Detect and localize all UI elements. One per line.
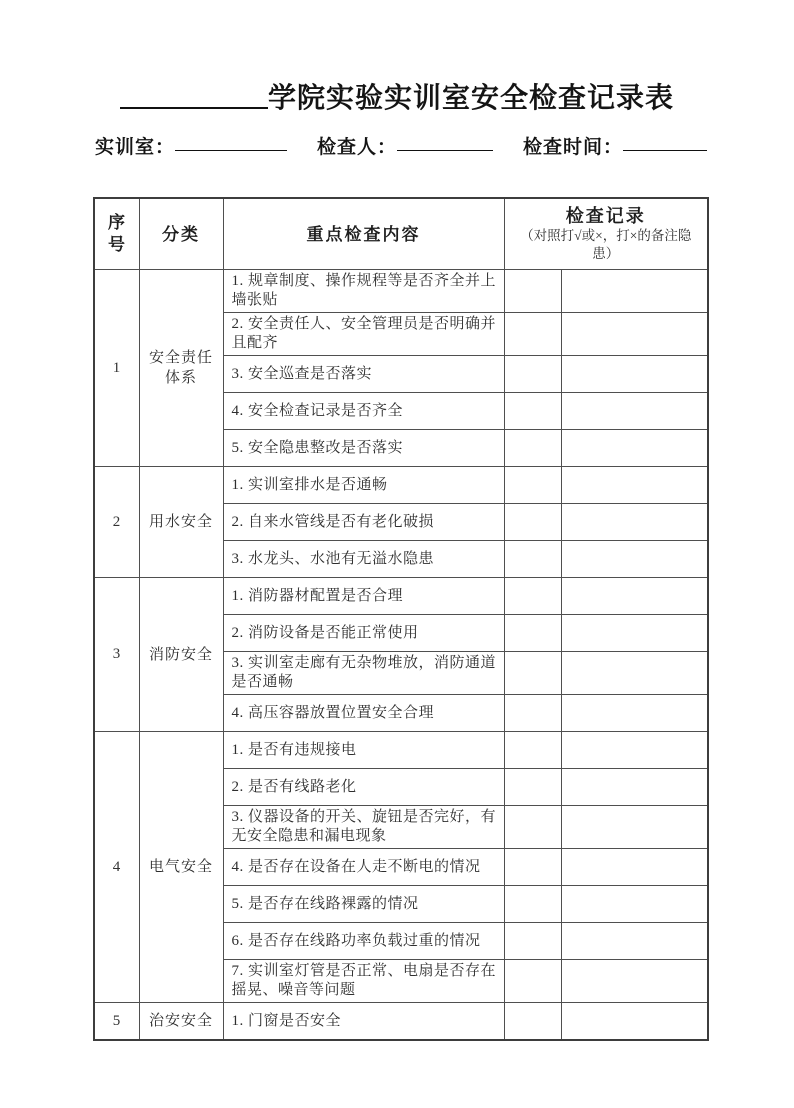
hazard-note-cell (561, 430, 708, 467)
hazard-note-cell (561, 732, 708, 769)
table-row: 2用水安全1. 实训室排水是否通畅 (94, 467, 708, 504)
table-header-row: 序号 分类 重点检查内容 检查记录 （对照打√或×，打×的备注隐患） (94, 198, 708, 270)
inspection-item-text: 1. 规章制度、操作规程等是否齐全并上墙张贴 (223, 270, 504, 313)
hazard-note-cell (561, 849, 708, 886)
section-number: 3 (94, 578, 139, 732)
document-page: 学院实验实训室安全检查记录表 实训室： 检查人： 检查时间： 序号 分类 重点检… (0, 0, 794, 1108)
hazard-note-cell (561, 313, 708, 356)
inspection-item-text: 3. 实训室走廊有无杂物堆放，消防通道是否通畅 (223, 652, 504, 695)
check-mark-cell (504, 1003, 561, 1041)
check-mark-cell (504, 886, 561, 923)
inspection-item-text: 2. 安全责任人、安全管理员是否明确并且配齐 (223, 313, 504, 356)
hazard-note-cell (561, 652, 708, 695)
check-mark-cell (504, 615, 561, 652)
header-category: 分类 (139, 198, 223, 270)
inspection-item-text: 4. 高压容器放置位置安全合理 (223, 695, 504, 732)
inspection-item-text: 4. 安全检查记录是否齐全 (223, 393, 504, 430)
check-mark-cell (504, 806, 561, 849)
check-mark-cell (504, 732, 561, 769)
header-record-subtitle: （对照打√或×，打×的备注隐患） (511, 227, 702, 263)
section-number: 5 (94, 1003, 139, 1041)
hazard-note-cell (561, 769, 708, 806)
inspection-item-text: 3. 安全巡查是否落实 (223, 356, 504, 393)
hazard-note-cell (561, 356, 708, 393)
field-inspector-blank-line (397, 149, 493, 151)
section-number: 2 (94, 467, 139, 578)
hazard-note-cell (561, 578, 708, 615)
section-number: 1 (94, 270, 139, 467)
header-record-title: 检查记录 (511, 205, 702, 227)
inspection-item-text: 4. 是否存在设备在人走不断电的情况 (223, 849, 504, 886)
section-category: 治安安全 (139, 1003, 223, 1041)
hazard-note-cell (561, 615, 708, 652)
section-category: 用水安全 (139, 467, 223, 578)
inspection-item-text: 2. 消防设备是否能正常使用 (223, 615, 504, 652)
hazard-note-cell (561, 960, 708, 1003)
inspection-item-text: 6. 是否存在线路功率负载过重的情况 (223, 923, 504, 960)
header-seq-number: 序号 (94, 198, 139, 270)
check-mark-cell (504, 541, 561, 578)
field-room-blank-line (175, 149, 287, 151)
table-row: 3消防安全1. 消防器材配置是否合理 (94, 578, 708, 615)
inspection-item-text: 1. 实训室排水是否通畅 (223, 467, 504, 504)
section-number: 4 (94, 732, 139, 1003)
inspection-item-text: 2. 是否有线路老化 (223, 769, 504, 806)
field-date-blank-line (623, 149, 707, 151)
page-title: 学院实验实训室安全检查记录表 (268, 83, 674, 114)
check-mark-cell (504, 960, 561, 1003)
check-mark-cell (504, 849, 561, 886)
inspection-table: 序号 分类 重点检查内容 检查记录 （对照打√或×，打×的备注隐患） 1安全责任… (93, 197, 709, 1041)
title-row: 学院实验实训室安全检查记录表 (0, 76, 794, 116)
table-row: 1安全责任体系1. 规章制度、操作规程等是否齐全并上墙张贴 (94, 270, 708, 313)
check-mark-cell (504, 467, 561, 504)
field-inspector-label: 检查人： (317, 137, 397, 158)
field-date: 检查时间： (523, 132, 707, 159)
field-date-label: 检查时间： (523, 137, 623, 158)
hazard-note-cell (561, 886, 708, 923)
hazard-note-cell (561, 806, 708, 849)
check-mark-cell (504, 652, 561, 695)
check-mark-cell (504, 695, 561, 732)
inspection-item-text: 3. 水龙头、水池有无溢水隐患 (223, 541, 504, 578)
inspection-item-text: 1. 是否有违规接电 (223, 732, 504, 769)
title-blank-line (120, 106, 268, 109)
check-mark-cell (504, 313, 561, 356)
check-mark-cell (504, 393, 561, 430)
hazard-note-cell (561, 923, 708, 960)
hazard-note-cell (561, 393, 708, 430)
form-fields-row: 实训室： 检查人： 检查时间： (0, 132, 794, 159)
inspection-item-text: 7. 实训室灯管是否正常、电扇是否存在摇晃、噪音等问题 (223, 960, 504, 1003)
table-row: 5治安安全1. 门窗是否安全 (94, 1003, 708, 1041)
inspection-item-text: 2. 自来水管线是否有老化破损 (223, 504, 504, 541)
check-mark-cell (504, 578, 561, 615)
check-mark-cell (504, 430, 561, 467)
inspection-item-text: 1. 消防器材配置是否合理 (223, 578, 504, 615)
inspection-item-text: 1. 门窗是否安全 (223, 1003, 504, 1041)
inspection-item-text: 5. 安全隐患整改是否落实 (223, 430, 504, 467)
check-mark-cell (504, 356, 561, 393)
hazard-note-cell (561, 695, 708, 732)
inspection-item-text: 3. 仪器设备的开关、旋钮是否完好，有无安全隐患和漏电现象 (223, 806, 504, 849)
section-category: 电气安全 (139, 732, 223, 1003)
table-row: 4电气安全1. 是否有违规接电 (94, 732, 708, 769)
check-mark-cell (504, 504, 561, 541)
check-mark-cell (504, 923, 561, 960)
header-inspection-content: 重点检查内容 (223, 198, 504, 270)
hazard-note-cell (561, 541, 708, 578)
check-mark-cell (504, 270, 561, 313)
field-room-label: 实训室： (95, 137, 175, 158)
hazard-note-cell (561, 1003, 708, 1041)
inspection-item-text: 5. 是否存在线路裸露的情况 (223, 886, 504, 923)
section-category: 消防安全 (139, 578, 223, 732)
header-inspection-record: 检查记录 （对照打√或×，打×的备注隐患） (504, 198, 708, 270)
hazard-note-cell (561, 270, 708, 313)
field-room: 实训室： (95, 132, 287, 159)
check-mark-cell (504, 769, 561, 806)
hazard-note-cell (561, 467, 708, 504)
inspection-table-body: 1安全责任体系1. 规章制度、操作规程等是否齐全并上墙张贴2. 安全责任人、安全… (94, 270, 708, 1041)
section-category: 安全责任体系 (139, 270, 223, 467)
hazard-note-cell (561, 504, 708, 541)
field-inspector: 检查人： (317, 132, 493, 159)
